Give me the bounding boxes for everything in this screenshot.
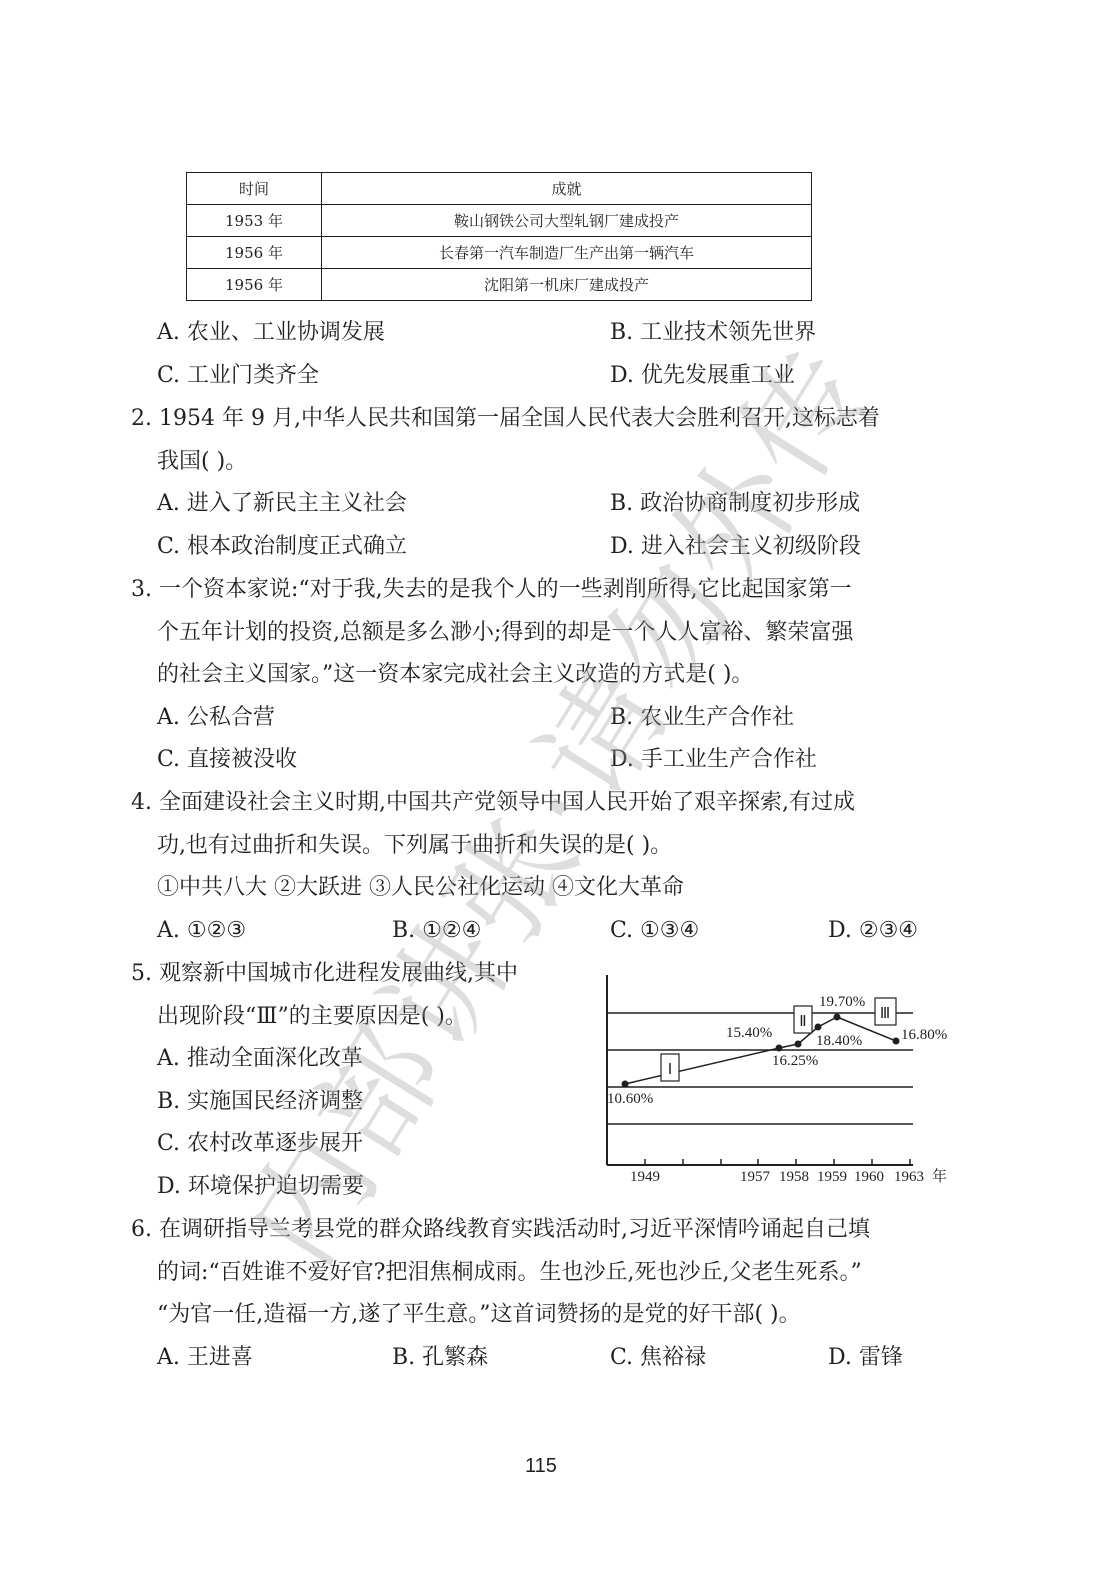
table-row: 1953 年 鞍山钢铁公司大型轧钢厂建成投产 <box>187 205 812 237</box>
q1-option-d[interactable]: D. 优先发展重工业 <box>610 361 795 391</box>
q4-option-b[interactable]: B. ①②④ <box>392 916 481 946</box>
q3-option-d[interactable]: D. 手工业生产合作社 <box>610 745 817 775</box>
q2-option-b[interactable]: B. 政治协商制度初步形成 <box>610 489 860 519</box>
q4-option-a[interactable]: A. ①②③ <box>157 916 246 946</box>
q2-option-c[interactable]: C. 根本政治制度正式确立 <box>157 532 407 562</box>
q4-option-c[interactable]: C. ①③④ <box>610 916 699 946</box>
q5-stem-line1: 5. 观察新中国城市化进程发展曲线,其中 <box>131 959 518 989</box>
q2-stem-line1: 2. 1954 年 9 月,中华人民共和国第一届全国人民代表大会胜利召开,这标志… <box>131 404 880 434</box>
page-number: 115 <box>525 1455 557 1478</box>
q6-stem-line2: 的词:“百姓谁不爱好官?把泪焦桐成雨。生也沙丘,死也沙丘,父老生死系。” <box>157 1258 862 1288</box>
svg-text:Ⅲ: Ⅲ <box>880 1006 890 1022</box>
x-tick-1960: 1960 <box>854 1169 884 1185</box>
table-cell-achievement: 鞍山钢铁公司大型轧钢厂建成投产 <box>322 205 812 237</box>
q4-stem-line1: 4. 全面建设社会主义时期,中国共产党领导中国人民开始了艰辛探索,有过成 <box>131 788 855 818</box>
label-1957: 15.40% <box>726 1025 772 1041</box>
q5-stem-line2: 出现阶段“Ⅲ”的主要原因是( )。 <box>157 1002 467 1032</box>
exam-page: 时间 成就 1953 年 鞍山钢铁公司大型轧钢厂建成投产 1956 年 长春第一… <box>0 0 1110 1571</box>
x-tick-1963: 1963 <box>894 1169 924 1185</box>
q1-option-a[interactable]: A. 农业、工业协调发展 <box>157 318 385 348</box>
table-header-achievement: 成就 <box>322 173 812 205</box>
table-cell-year: 1956 年 <box>187 269 322 301</box>
table-cell-year: 1953 年 <box>187 205 322 237</box>
q1-option-b[interactable]: B. 工业技术领先世界 <box>610 318 816 348</box>
x-axis-unit: 年 <box>932 1167 947 1185</box>
q6-option-c[interactable]: C. 焦裕禄 <box>610 1343 706 1373</box>
q3-option-a[interactable]: A. 公私合营 <box>157 703 275 733</box>
q5-option-b[interactable]: B. 实施国民经济调整 <box>157 1087 363 1117</box>
label-1949: 10.60% <box>607 1091 653 1107</box>
q2-option-a[interactable]: A. 进入了新民主主义社会 <box>157 489 407 519</box>
q4-stem-line2: 功,也有过曲折和失误。下列属于曲折和失误的是( )。 <box>157 831 672 861</box>
table-cell-achievement: 长春第一汽车制造厂生产出第一辆汽车 <box>322 237 812 269</box>
x-tick-1949: 1949 <box>630 1169 660 1185</box>
q5-option-a[interactable]: A. 推动全面深化改革 <box>157 1044 363 1074</box>
q3-stem-line1: 3. 一个资本家说:“对于我,失去的是我个人的一些剥削所得,它比起国家第一 <box>131 575 852 605</box>
q4-items: ①中共八大 ②大跃进 ③人民公社化运动 ④文化大革命 <box>157 873 684 903</box>
table-cell-year: 1956 年 <box>187 237 322 269</box>
q6-option-a[interactable]: A. 王进喜 <box>157 1343 253 1373</box>
q5-option-c[interactable]: C. 农村改革逐步展开 <box>157 1129 363 1159</box>
q6-option-d[interactable]: D. 雷锋 <box>828 1343 903 1373</box>
x-tick-1958: 1958 <box>779 1169 809 1185</box>
label-1959: 18.40% <box>816 1033 862 1049</box>
q1-option-c[interactable]: C. 工业门类齐全 <box>157 361 319 391</box>
q6-option-b[interactable]: B. 孔繁森 <box>392 1343 488 1373</box>
q6-stem-line3: “为官一任,造福一方,遂了平生意。”这首词赞扬的是党的好干部( )。 <box>157 1300 801 1330</box>
q3-stem-line2: 个五年计划的投资,总额是多么渺小;得到的却是一个人人富裕、繁荣富强 <box>157 618 853 648</box>
x-tick-1959: 1959 <box>817 1169 847 1185</box>
label-1963: 16.80% <box>901 1027 947 1043</box>
label-1960: 19.70% <box>819 994 865 1010</box>
table-row: 1956 年 长春第一汽车制造厂生产出第一辆汽车 <box>187 237 812 269</box>
label-1958: 16.25% <box>772 1053 818 1069</box>
urbanization-line-chart: Ⅰ Ⅱ Ⅲ 10.60% 15.40% 16.25% 18.40% 19.70%… <box>600 965 970 1185</box>
q5-option-d[interactable]: D. 环境保护迫切需要 <box>157 1172 364 1202</box>
q3-option-b[interactable]: B. 农业生产合作社 <box>610 703 794 733</box>
q4-option-d[interactable]: D. ②③④ <box>828 916 918 946</box>
urbanization-chart: Ⅰ Ⅱ Ⅲ 10.60% 15.40% 16.25% 18.40% 19.70%… <box>600 965 970 1185</box>
achievement-table: 时间 成就 1953 年 鞍山钢铁公司大型轧钢厂建成投产 1956 年 长春第一… <box>186 172 812 301</box>
svg-text:Ⅱ: Ⅱ <box>799 1014 806 1030</box>
q6-stem-line1: 6. 在调研指导兰考县党的群众路线教育实践活动时,习近平深情吟诵起自己填 <box>131 1215 870 1245</box>
q2-option-d[interactable]: D. 进入社会主义初级阶段 <box>610 532 861 562</box>
x-tick-1957: 1957 <box>740 1169 771 1185</box>
table-header-row: 时间 成就 <box>187 173 812 205</box>
table-header-time: 时间 <box>187 173 322 205</box>
q3-option-c[interactable]: C. 直接被没收 <box>157 745 297 775</box>
q3-stem-line3: 的社会主义国家。”这一资本家完成社会主义改造的方式是( )。 <box>157 660 753 690</box>
table-row: 1956 年 沈阳第一机床厂建成投产 <box>187 269 812 301</box>
table-cell-achievement: 沈阳第一机床厂建成投产 <box>322 269 812 301</box>
q2-stem-line2: 我国( )。 <box>157 447 247 477</box>
svg-text:Ⅰ: Ⅰ <box>668 1062 672 1078</box>
